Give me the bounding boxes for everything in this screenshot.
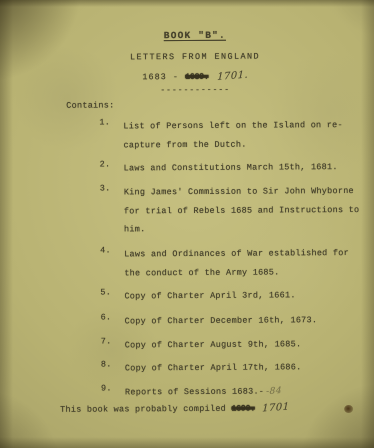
toc-item-7: 7. Copy of Charter August 9th, 1685. [101, 335, 302, 355]
toc-item-number: 3. [100, 183, 124, 239]
toc-item-1: 1. List of Persons left on the Island on… [99, 116, 343, 154]
toc-item-line: Copy of Charter April 3rd, 1661. [124, 286, 295, 306]
toc-item-line: Copy of Charter April 17th, 1686. [125, 358, 302, 378]
toc-item-line: him. [124, 219, 360, 239]
toc-item-line: the conduct of the Army 1685. [124, 263, 349, 283]
compiled-date-struck-out: 1690. [231, 404, 255, 414]
date-handwritten-correction: 1701. [217, 70, 248, 83]
toc-item-8: 8. Copy of Charter April 17th, 1686. [101, 358, 302, 378]
toc-item-3: 3. King James' Commission to Sir John Wh… [100, 182, 360, 239]
date-struck-out: 1689. [185, 72, 209, 82]
document-page: BOOK "B". LETTERS FROM ENGLAND 1683 - 16… [0, 0, 374, 448]
toc-item-number: 7. [101, 336, 125, 355]
toc-item-line: King James' Commission to Sir John Whybo… [124, 182, 360, 202]
date-line: 1683 - 1689. 1701. [19, 70, 371, 83]
toc-item-6: 6. Copy of Charter December 16th, 1673. [101, 311, 318, 331]
toc-item-line: Copy of Charter December 16th, 1673. [125, 311, 318, 331]
compiled-note: This book was probably compiled 1690. 17… [60, 402, 290, 414]
compiled-date-handwritten: 1701 [262, 401, 290, 414]
toc-item-line: for trial of Rebels 1685 and Instruction… [124, 200, 360, 220]
toc-item-5: 5. Copy of Charter April 3rd, 1661. [100, 286, 295, 306]
toc-item-line: List of Persons left on the Island on re… [123, 116, 342, 136]
ink-stain [344, 405, 353, 413]
book-subtitle: LETTERS FROM ENGLAND [19, 51, 371, 63]
toc-item-line: Laws and Ordinances of War established f… [124, 244, 349, 264]
toc-item-4: 4. Laws and Ordinances of War establishe… [100, 244, 349, 283]
date-range-start: 1683 - [142, 72, 179, 82]
toc-item-typed-text: Reports of Sessions 1683.- [125, 387, 264, 398]
toc-item-line: Laws and Constitutions March 15th, 1681. [124, 158, 338, 178]
header-divider: ------------ [19, 85, 371, 96]
sessions-handwritten-note: -84 [266, 382, 282, 402]
toc-item-number: 6. [101, 312, 125, 331]
compiled-note-text: This book was probably compiled [60, 404, 226, 415]
toc-item-number: 1. [99, 117, 123, 154]
toc-item-number: 9. [101, 383, 125, 402]
document-photo: BOOK "B". LETTERS FROM ENGLAND 1683 - 16… [0, 0, 374, 448]
toc-item-line: Copy of Charter August 9th, 1685. [125, 335, 302, 355]
toc-item-line: capture from the Dutch. [123, 135, 342, 155]
toc-item-number: 2. [100, 159, 124, 178]
contains-label: Contains: [66, 100, 114, 110]
toc-item-9: 9. Reports of Sessions 1683.--84 [101, 382, 282, 402]
toc-item-line: Reports of Sessions 1683.--84 [125, 382, 282, 401]
toc-item-number: 4. [100, 245, 124, 282]
book-title: BOOK "B". [19, 29, 371, 42]
toc-item-number: 8. [101, 359, 125, 378]
toc-item-2: 2. Laws and Constitutions March 15th, 16… [100, 158, 338, 178]
toc-item-number: 5. [100, 287, 124, 306]
